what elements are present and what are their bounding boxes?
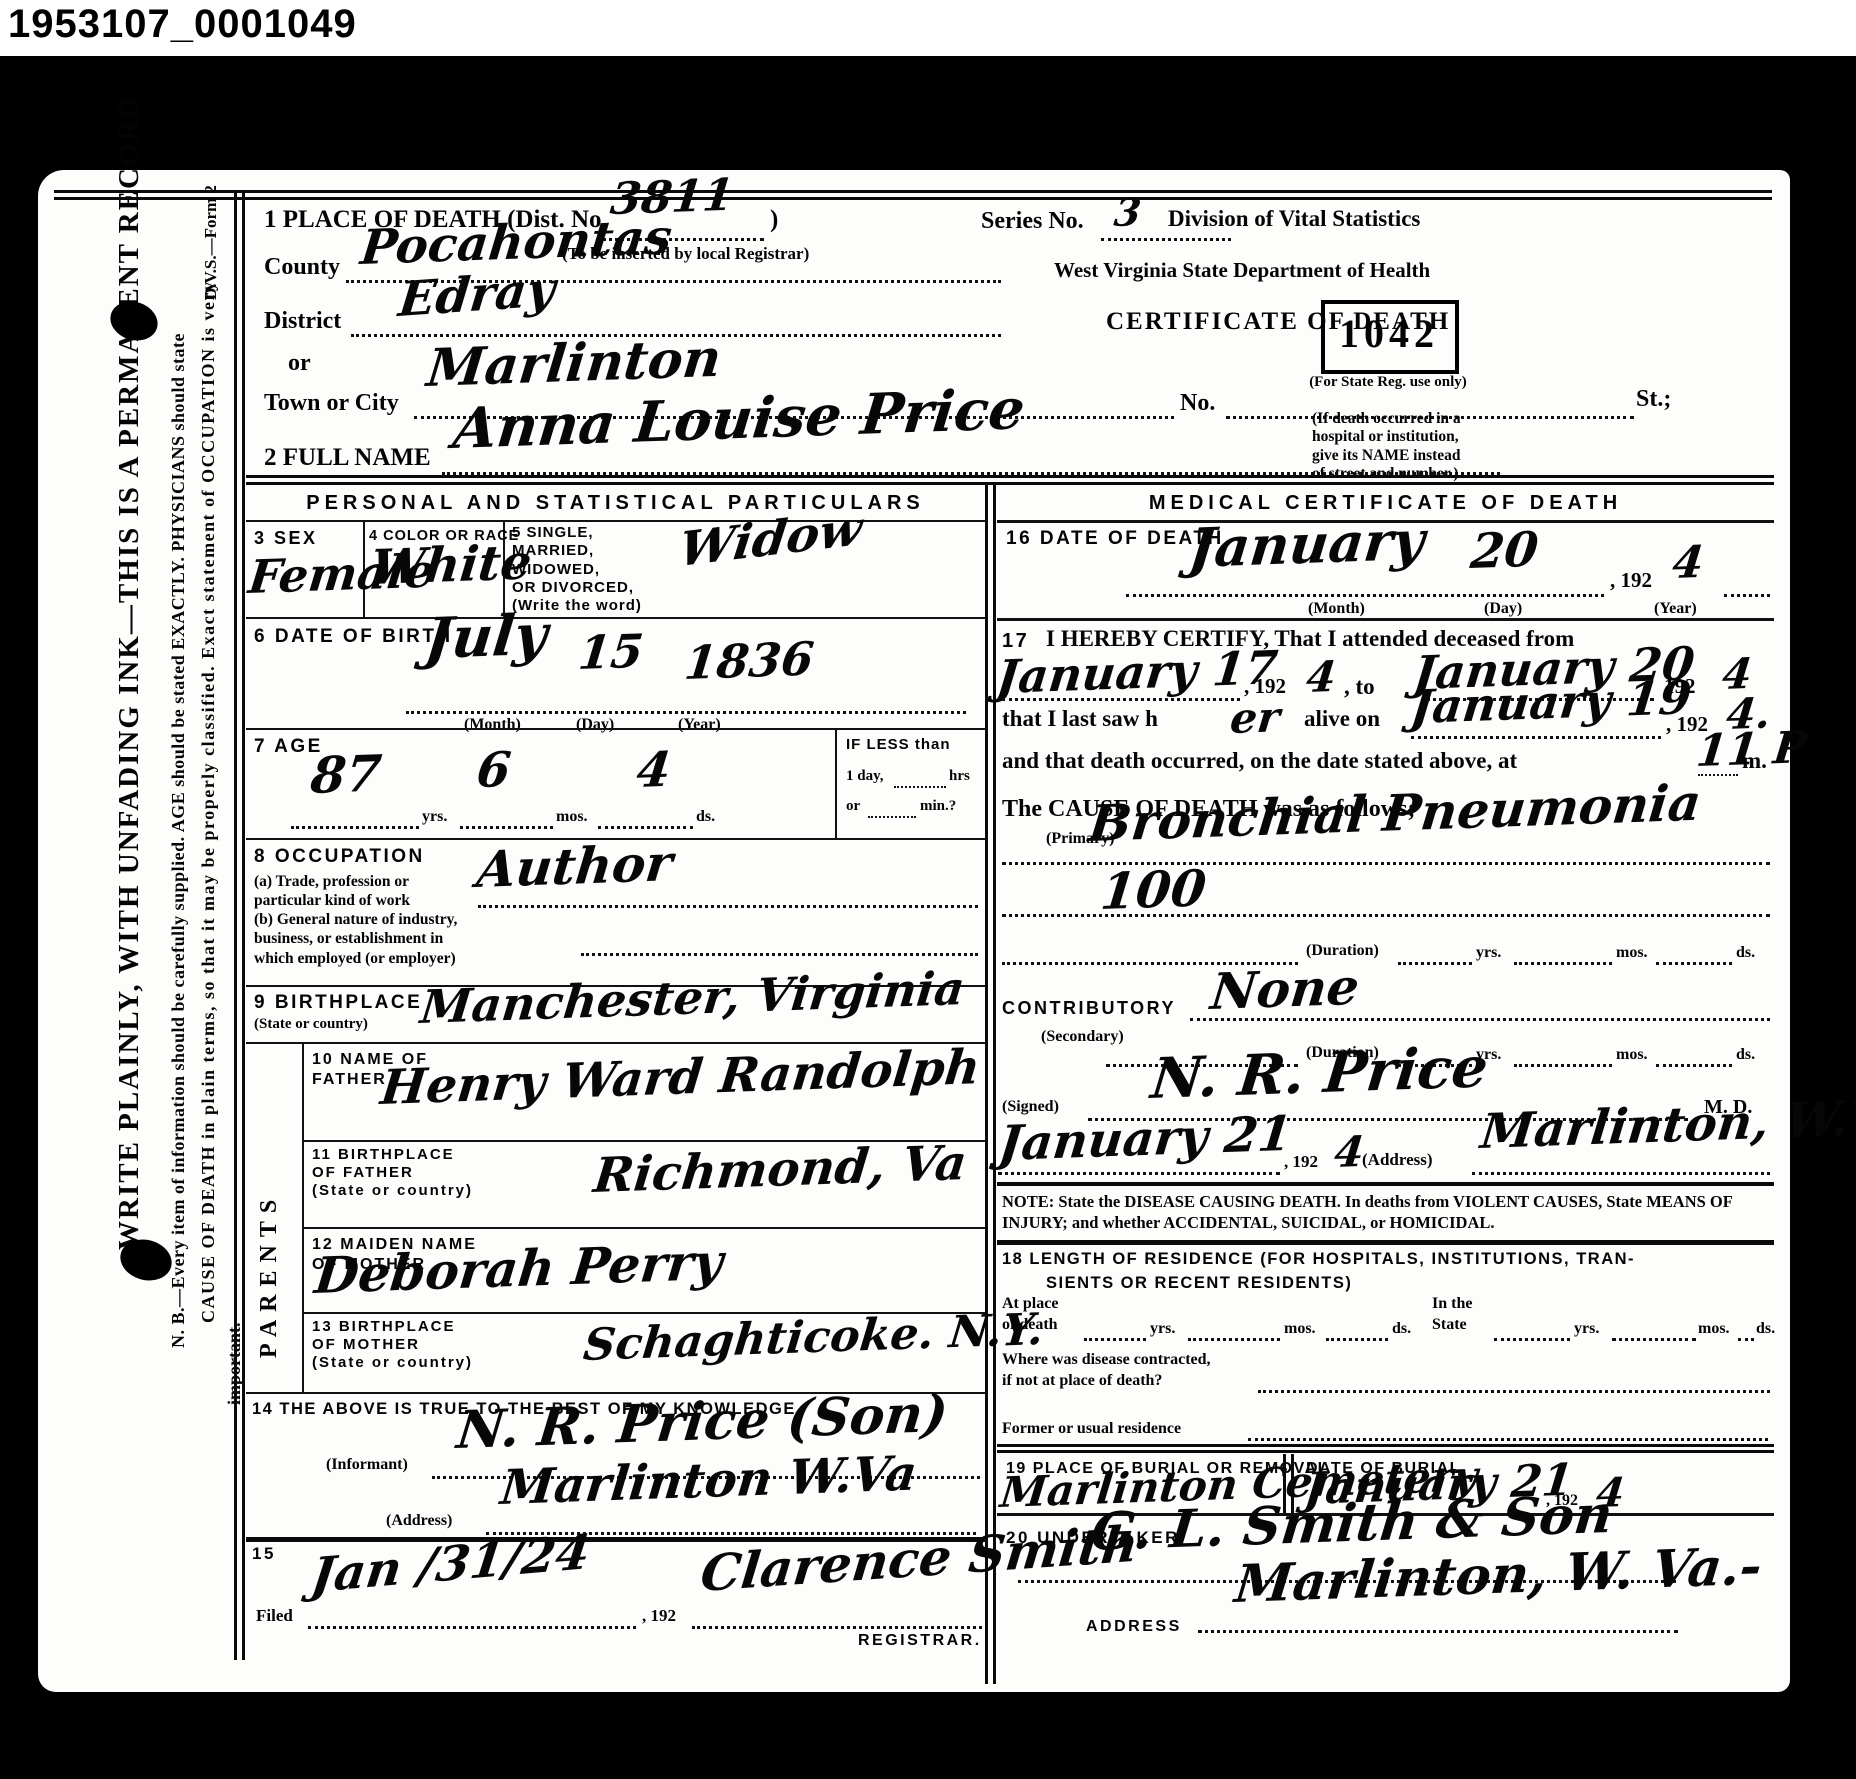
last-saw-er: er bbox=[1228, 692, 1282, 743]
mother-bp-value: Schaghticoke. N.Y. bbox=[581, 1304, 1046, 1371]
or-label: or bbox=[288, 350, 311, 377]
dob-label: 6 DATE OF BIRTH bbox=[254, 626, 453, 648]
dur1-line-b bbox=[1398, 962, 1472, 965]
contributory-value: None bbox=[1208, 957, 1362, 1021]
res-yrs-1: yrs. bbox=[1150, 1320, 1175, 1338]
age-years: 87 bbox=[308, 744, 384, 805]
signed-value: N. R. Price bbox=[1148, 1034, 1491, 1112]
last-saw-date: January 19 bbox=[1408, 670, 1694, 734]
series-value: 3 bbox=[1112, 189, 1143, 235]
occupation-value: Author bbox=[474, 833, 675, 899]
sign-date-value: January 21 bbox=[996, 1106, 1295, 1172]
row5-rule bbox=[246, 617, 985, 619]
sex-label: 3 SEX bbox=[254, 528, 318, 549]
age-line-2 bbox=[460, 826, 553, 829]
dod-line bbox=[1126, 594, 1604, 597]
former-residence-label: Former or usual residence bbox=[1002, 1420, 1181, 1438]
dod-month-sub: (Month) bbox=[1308, 600, 1365, 618]
father-bp-label: 11 BIRTHPLACE OF FATHER (State or countr… bbox=[312, 1146, 473, 1200]
department-label: West Virginia State Department of Health bbox=[1054, 258, 1430, 283]
res-mos-2: mos. bbox=[1698, 1320, 1730, 1338]
father-bp-value: Richmond, Va bbox=[591, 1135, 969, 1204]
contributory-label: CONTRIBUTORY bbox=[1002, 998, 1176, 1019]
informant-address-label: (Address) bbox=[386, 1512, 452, 1530]
town-label: Town or City bbox=[264, 390, 399, 417]
filed-label: Filed bbox=[256, 1606, 293, 1626]
state-reg-note: (For State Reg. use only) bbox=[1308, 374, 1468, 391]
undertaker-address-line bbox=[1198, 1630, 1678, 1633]
dob-year: 1836 bbox=[682, 632, 816, 690]
dur2-line-c bbox=[1514, 1064, 1612, 1067]
min-label: min.? bbox=[920, 798, 956, 815]
margin-divider bbox=[234, 192, 245, 1660]
yrs-label: yrs. bbox=[422, 808, 447, 826]
district-value: Edray bbox=[396, 261, 558, 328]
informant-label: (Informant) bbox=[326, 1456, 408, 1474]
cause-value-2: 100 bbox=[1098, 858, 1209, 921]
row11-rule bbox=[302, 1227, 985, 1229]
ya: 4 bbox=[1304, 652, 1339, 702]
dod-year-digit: 4 bbox=[1670, 537, 1706, 589]
full-name-label: 2 FULL NAME bbox=[264, 444, 431, 472]
dob-day-sub: (Day) bbox=[576, 716, 614, 734]
ds-label: ds. bbox=[696, 808, 715, 826]
series-label: Series No. bbox=[981, 208, 1084, 235]
dob-month-sub: (Month) bbox=[464, 716, 521, 734]
dod-year-sub: (Year) bbox=[1654, 600, 1697, 618]
if-less-divider bbox=[835, 728, 837, 838]
sign-address-value: Marlinton, W.Va. bbox=[1478, 1088, 1856, 1160]
parents-label: PARENTS bbox=[256, 1098, 290, 1358]
item15-label: 15 bbox=[252, 1544, 276, 1564]
min-line bbox=[868, 816, 916, 818]
margin-note-1: N. B.—Every item of information should b… bbox=[168, 298, 196, 1348]
state-reg-number: 1042 bbox=[1339, 310, 1439, 357]
registrar-label: REGISTRAR. bbox=[858, 1632, 982, 1650]
dur1-line-d bbox=[1656, 962, 1732, 965]
res-line-4 bbox=[1494, 1338, 1570, 1341]
res-line-5 bbox=[1612, 1338, 1696, 1341]
note-rule bbox=[997, 1240, 1774, 1245]
dob-year-sub: (Year) bbox=[678, 716, 721, 734]
no-label: No. bbox=[1180, 390, 1215, 417]
occupation-a-label: (a) Trade, profession or particular kind… bbox=[254, 872, 410, 911]
former-line bbox=[1248, 1438, 1768, 1441]
if-less-label: IF LESS than bbox=[846, 736, 951, 753]
occupation-a-line bbox=[478, 905, 978, 908]
dob-day: 15 bbox=[576, 624, 646, 680]
file-id: 1953107_0001049 bbox=[8, 2, 357, 47]
res-line-2 bbox=[1188, 1338, 1280, 1341]
where-line bbox=[1258, 1390, 1770, 1393]
sign-date-line bbox=[998, 1172, 1280, 1175]
column-divider bbox=[985, 484, 996, 1684]
dob-line bbox=[406, 711, 966, 714]
scan-top-band: 1953107_0001049 bbox=[0, 0, 1856, 56]
m-label: m. bbox=[1742, 748, 1767, 774]
dod-day-value: 20 bbox=[1468, 522, 1541, 580]
dur2-line-d bbox=[1656, 1064, 1732, 1067]
secondary-label: (Secondary) bbox=[1041, 1028, 1124, 1046]
occurred-text: and that death occurred, on the date sta… bbox=[1002, 748, 1517, 774]
res-line-3 bbox=[1326, 1338, 1388, 1341]
personal-title: PERSONAL AND STATISTICAL PARTICULARS bbox=[246, 492, 985, 515]
res-ds-1: ds. bbox=[1392, 1320, 1411, 1338]
personal-title-rule bbox=[246, 520, 985, 522]
where-contracted-label: Where was disease contracted, if not at … bbox=[1002, 1350, 1211, 1392]
mother-bp-label: 13 BIRTHPLACE OF MOTHER (State or countr… bbox=[312, 1318, 473, 1372]
dod-line-2 bbox=[1724, 594, 1770, 597]
birthplace-value: Manchester, Virginia bbox=[418, 961, 967, 1034]
father-value: Henry Ward Randolph bbox=[378, 1039, 983, 1116]
dur1-ds: ds. bbox=[1736, 944, 1755, 962]
county-label: County bbox=[264, 254, 340, 281]
res-line-6 bbox=[1738, 1338, 1754, 1341]
in-state-label: In the State bbox=[1432, 1294, 1472, 1336]
hrs-label: hrs bbox=[949, 768, 970, 785]
one-day-label: 1 day, bbox=[846, 768, 884, 785]
st-label: St.; bbox=[1636, 386, 1671, 413]
district-label: District bbox=[264, 308, 341, 335]
sign-address-line bbox=[1472, 1172, 1770, 1175]
age-line-3 bbox=[598, 826, 693, 829]
sign-address-label: (Address) bbox=[1362, 1150, 1433, 1170]
scanned-death-certificate-page: 1953107_0001049 WRITE PLAINLY, WITH UNFA… bbox=[0, 0, 1856, 1779]
time-line bbox=[1698, 774, 1738, 776]
residence-label-b: SIENTS OR RECENT RESIDENTS) bbox=[1046, 1274, 1352, 1293]
at-place-label: At place of death bbox=[1002, 1294, 1058, 1336]
series-line bbox=[1101, 238, 1231, 241]
occupation-b-line bbox=[581, 953, 978, 956]
birthplace-label: 9 BIRTHPLACE bbox=[254, 992, 422, 1014]
signed-label: (Signed) bbox=[1002, 1098, 1059, 1116]
dur1-mos: mos. bbox=[1616, 944, 1648, 962]
to-label: , to bbox=[1344, 674, 1375, 700]
occupation-label: 8 OCCUPATION bbox=[254, 846, 425, 868]
sign-year-printed: , 192 bbox=[1284, 1152, 1318, 1172]
race-value: White bbox=[368, 534, 534, 596]
dur2-mos: mos. bbox=[1616, 1046, 1648, 1064]
division-label: Division of Vital Statistics bbox=[1168, 206, 1420, 232]
certificate-document: WRITE PLAINLY, WITH UNFADING INK—THIS IS… bbox=[38, 170, 1790, 1692]
res-yrs-2: yrs. bbox=[1574, 1320, 1599, 1338]
filed-year-label: , 192 bbox=[642, 1606, 676, 1626]
dod-month-value: January bbox=[1186, 508, 1428, 580]
saw-line bbox=[1411, 736, 1661, 739]
res-mos-1: mos. bbox=[1284, 1320, 1316, 1338]
age-line-1 bbox=[291, 826, 419, 829]
note-text: NOTE: State the DISEASE CAUSING DEATH. I… bbox=[1002, 1192, 1772, 1233]
mos-label: mos. bbox=[556, 808, 588, 826]
residence-label-a: 18 LENGTH OF RESIDENCE (FOR HOSPITALS, I… bbox=[1002, 1250, 1635, 1269]
last-saw-1: that I last saw h bbox=[1002, 706, 1158, 732]
or-min-label: or bbox=[846, 798, 860, 815]
row6-rule bbox=[246, 728, 985, 730]
margin-warning-text: WRITE PLAINLY, WITH UNFADING INK—THIS IS… bbox=[113, 340, 157, 1250]
birthplace-sub: (State or country) bbox=[254, 1016, 368, 1033]
age-months: 6 bbox=[474, 742, 513, 799]
occupation-b-label: (b) General nature of industry, business… bbox=[254, 910, 457, 968]
res-line-1 bbox=[1084, 1338, 1146, 1341]
dur1-line-c bbox=[1514, 962, 1612, 965]
res-ds-2: ds. bbox=[1756, 1320, 1775, 1338]
parents-divider bbox=[302, 1042, 304, 1392]
header-bottom-rule bbox=[246, 475, 1774, 485]
last-saw-2: alive on bbox=[1304, 706, 1380, 732]
dur1-yrs: yrs. bbox=[1476, 944, 1501, 962]
paren: ) bbox=[770, 206, 778, 234]
dob-month: July bbox=[422, 602, 551, 672]
hrs-line bbox=[894, 786, 946, 788]
dod-year-printed: , 192 bbox=[1610, 568, 1652, 593]
undertaker-address-label: ADDRESS bbox=[1086, 1618, 1182, 1636]
dur2-ds: ds. bbox=[1736, 1046, 1755, 1064]
from-line bbox=[1002, 698, 1240, 701]
margin-note-2: CAUSE OF DEATH in plain terms, so that i… bbox=[198, 215, 226, 1323]
certificate-form: 1 PLACE OF DEATH (Dist. No. 3811 ) (To b… bbox=[246, 198, 1774, 1690]
dod-rule bbox=[997, 618, 1774, 621]
residence-rule bbox=[997, 1444, 1774, 1453]
age-days: 4 bbox=[634, 742, 673, 799]
signed-rule bbox=[997, 1182, 1774, 1186]
cause-line-2 bbox=[1002, 914, 1770, 917]
margin-form-code: D.V.S.—Form 2 bbox=[201, 185, 225, 300]
registrar-line bbox=[692, 1626, 982, 1629]
cause-value: Bronchial Pneumonia bbox=[1086, 773, 1704, 853]
contributory-line bbox=[1190, 1018, 1770, 1021]
dod-day-sub: (Day) bbox=[1484, 600, 1522, 618]
filed-line bbox=[308, 1626, 636, 1629]
